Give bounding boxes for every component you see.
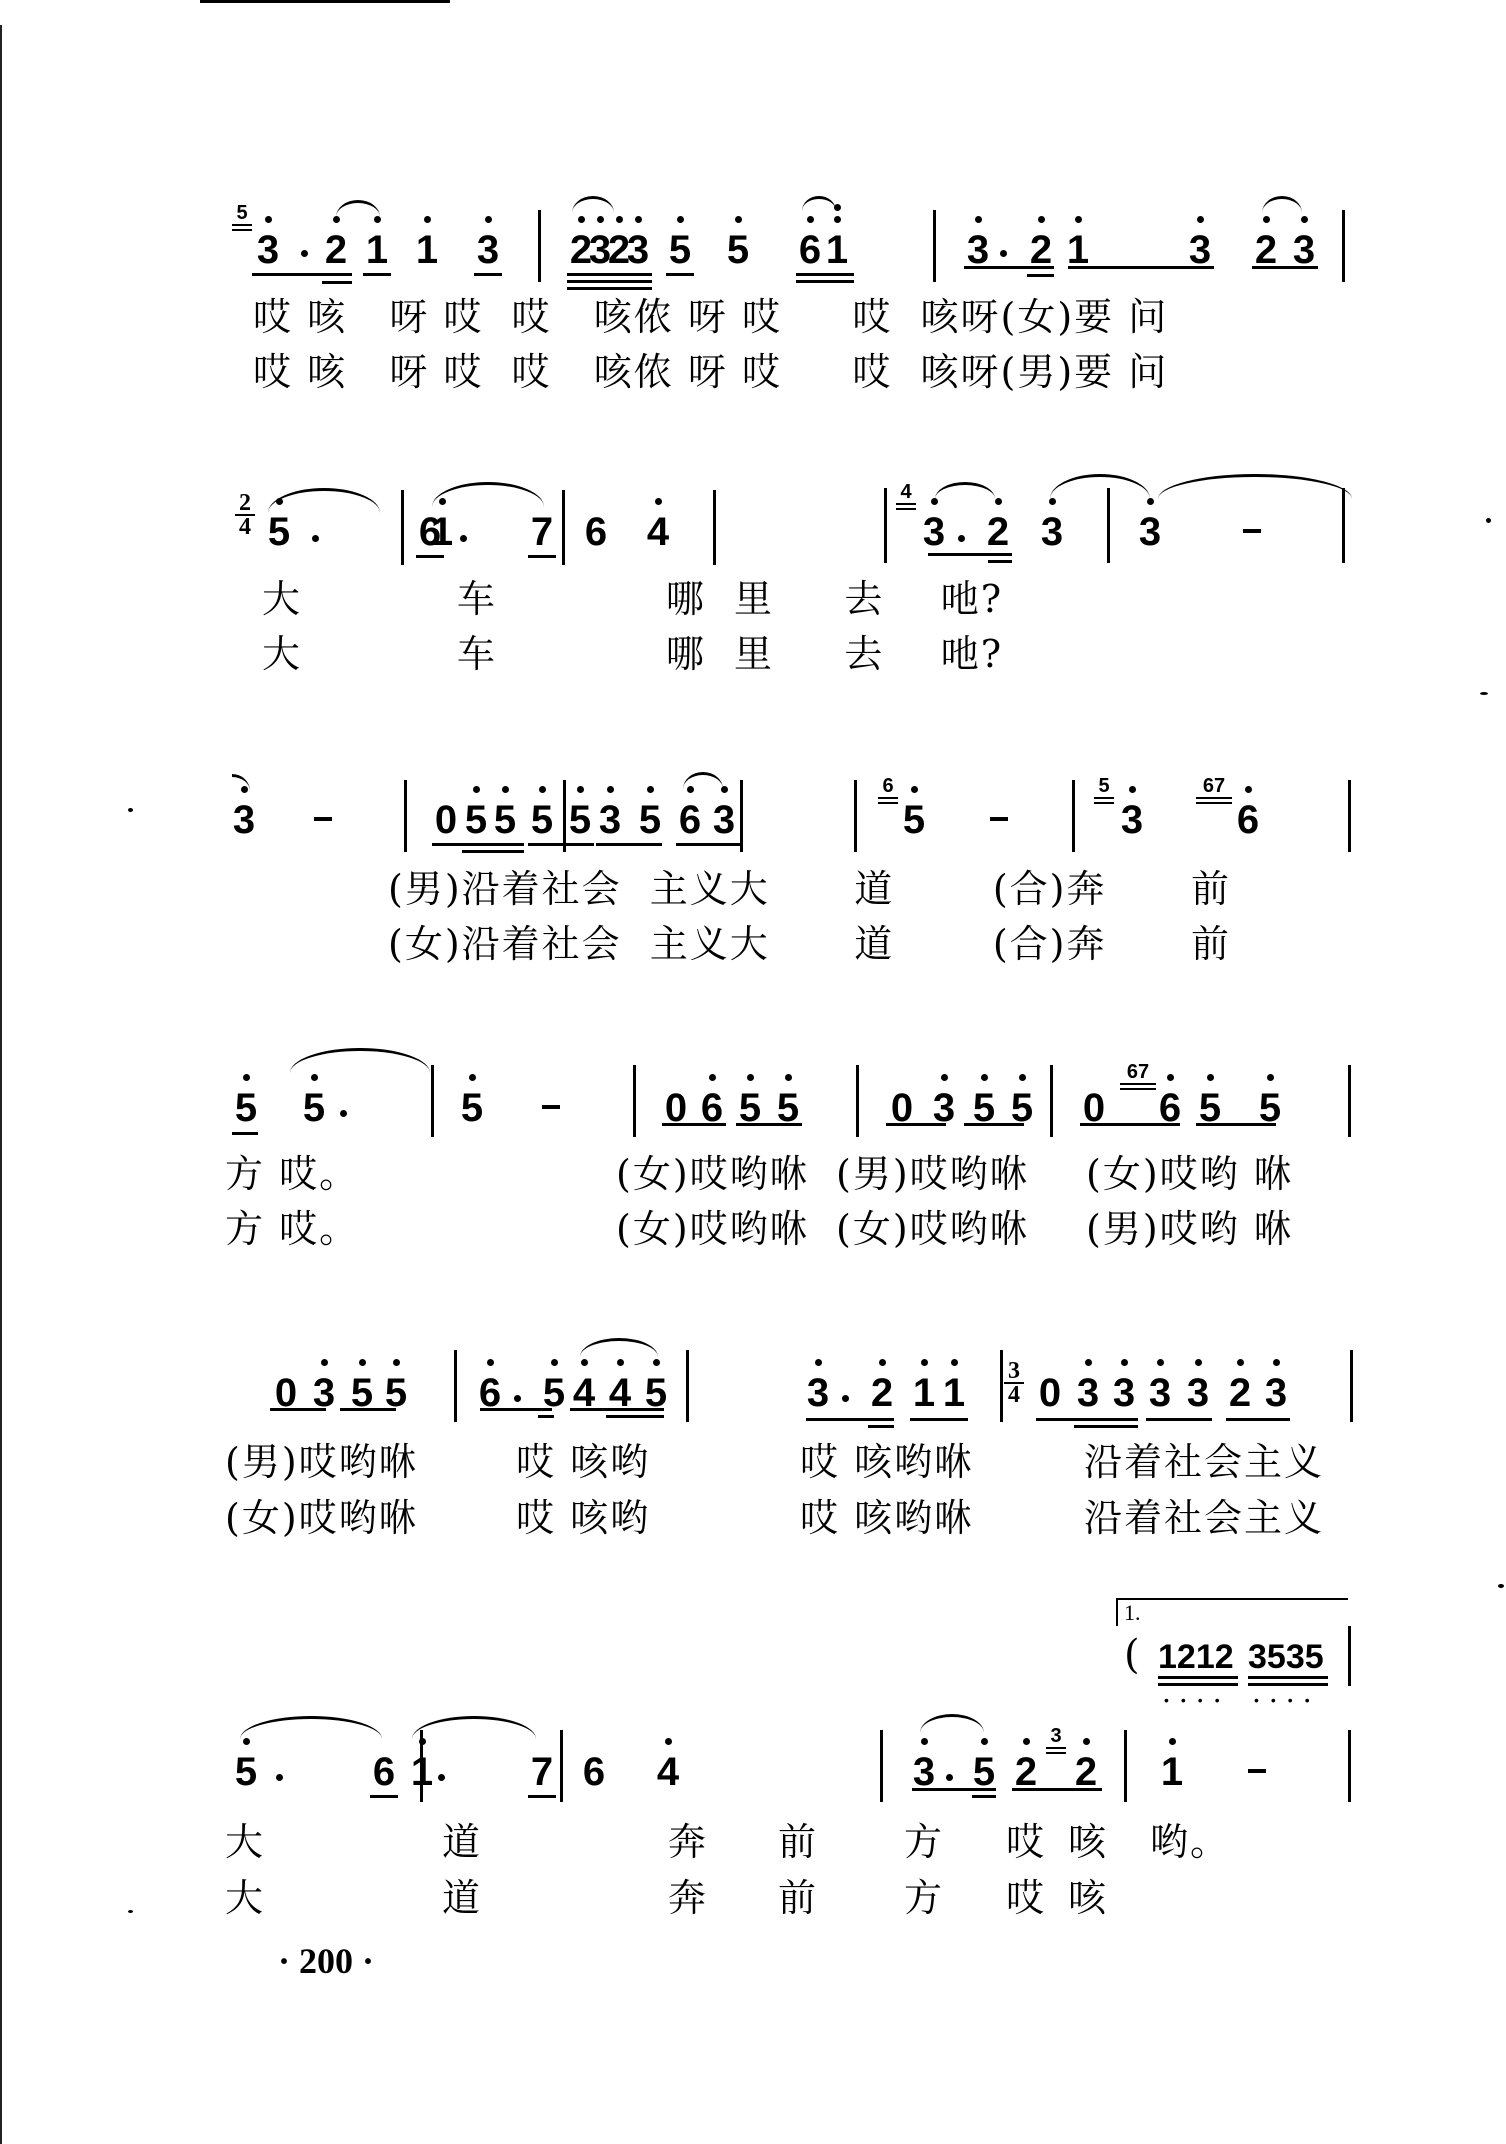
lyric-char: 哟。: [1150, 1820, 1230, 1864]
tie: [683, 772, 723, 789]
grace-note: 6: [878, 776, 898, 804]
lyric-part: (男)哎哟 咻: [1086, 1207, 1294, 1251]
note: 6: [476, 1373, 504, 1413]
beam: [912, 1788, 996, 1791]
volta-notes-3535: 3535: [1248, 1638, 1324, 1677]
note: 1: [940, 1373, 968, 1413]
beam: [1012, 1788, 1102, 1791]
lyric-char: 哎: [1006, 1876, 1046, 1920]
note: 0: [888, 1088, 916, 1128]
lyric-line-female: 哎 咳 呀 哎 哎 咳侬 呀 哎 哎 咳呀(女)要 问: [253, 295, 1168, 339]
barline: [740, 780, 743, 852]
barline: [1350, 1350, 1353, 1422]
note: 1: [363, 230, 391, 270]
beam: [1036, 1418, 1138, 1421]
beam: [796, 280, 854, 283]
lyric-char: 方: [904, 1820, 944, 1864]
beam: [252, 273, 352, 276]
lyric-char: 大: [225, 1876, 265, 1920]
lyric-char: 前: [778, 1820, 818, 1864]
note: 4: [644, 512, 672, 552]
beam: [662, 1123, 726, 1126]
note: 1: [413, 230, 441, 270]
margin-speck: [1498, 1584, 1504, 1588]
note: 3: [710, 800, 738, 840]
note: 0: [272, 1373, 300, 1413]
lyric-line-2: (女)沿着社会 主义大 道 (合)奔 前: [388, 922, 1231, 966]
note: 5: [666, 230, 694, 270]
note: 3: [1262, 1373, 1290, 1413]
barline: [1348, 780, 1351, 852]
low-octave-dots: ••••: [1254, 1692, 1322, 1708]
lyric-char: 道: [442, 1820, 482, 1864]
beam: [1226, 1418, 1290, 1421]
note: 3: [1186, 230, 1214, 270]
note: 3: [910, 1752, 938, 1792]
tie: [1262, 196, 1302, 213]
lyric-char: 哎: [1006, 1820, 1046, 1864]
note: 5: [724, 230, 752, 270]
sustain-dash: [1243, 529, 1261, 533]
note: 5: [970, 1088, 998, 1128]
beam: [528, 555, 556, 558]
beam: [538, 1415, 554, 1418]
note: 6: [370, 1752, 398, 1792]
note: 2: [1252, 230, 1280, 270]
note: 5: [528, 800, 556, 840]
augmentation-dot: [312, 535, 319, 542]
lyric-line-male: 哎 咳 呀 哎 哎 咳侬 呀 哎 哎 咳呀(男)要 问: [253, 350, 1168, 394]
beam: [1080, 1123, 1180, 1126]
beam: [796, 273, 854, 276]
margin-speck: [128, 808, 133, 812]
note: 7: [528, 1752, 556, 1792]
barline: [1348, 1730, 1351, 1802]
beam: [1158, 1683, 1238, 1686]
low-octave-dots: ••••: [1164, 1692, 1232, 1708]
note: 1: [823, 230, 851, 270]
note: 4: [606, 1373, 634, 1413]
beam: [432, 843, 524, 846]
note: 6: [1234, 800, 1262, 840]
barline: [884, 488, 887, 563]
augmentation-dot: [946, 1774, 953, 1781]
tie: [1158, 474, 1352, 499]
barline: [454, 1350, 457, 1422]
top-rule: [200, 0, 450, 3]
sustain-dash: [1248, 1769, 1266, 1773]
note: 5: [642, 1373, 670, 1413]
lyric-char: 道: [442, 1876, 482, 1920]
beam: [606, 1415, 664, 1418]
barline: [538, 210, 541, 282]
note: 5: [491, 800, 519, 840]
margin-speck: [128, 1910, 133, 1913]
beam: [1252, 266, 1318, 269]
slur: [572, 196, 614, 213]
tie: [920, 1714, 984, 1733]
beam: [480, 1408, 552, 1411]
barline: [686, 1350, 689, 1422]
beam: [462, 850, 524, 853]
barline: [563, 780, 566, 852]
note: 0: [1036, 1373, 1064, 1413]
slur: [432, 482, 544, 507]
lyric-line-1: 方 哎。: [225, 1152, 359, 1196]
barline: [1348, 1626, 1351, 1686]
augmentation-dot: [340, 1110, 347, 1117]
note: 6: [698, 1088, 726, 1128]
note: 3: [254, 230, 282, 270]
tie: [336, 200, 380, 217]
note: 5: [774, 1088, 802, 1128]
note: 2: [1226, 1373, 1254, 1413]
note: 5: [970, 1752, 998, 1792]
note: 2: [1027, 230, 1055, 270]
sustain-dash: [542, 1105, 560, 1109]
note: 3: [1146, 1373, 1174, 1413]
note: 1: [1158, 1752, 1186, 1792]
margin-speck: [1486, 518, 1491, 523]
barline: [1107, 488, 1110, 563]
barline: [933, 210, 936, 282]
open-paren: (: [1124, 1632, 1140, 1678]
note: 5: [232, 1088, 260, 1128]
grace-note: 5: [232, 203, 252, 231]
grace-note: 67: [1196, 776, 1232, 804]
beam: [567, 273, 652, 276]
note: 2: [322, 230, 350, 270]
beam: [528, 843, 594, 846]
note: 3: [1110, 1373, 1138, 1413]
lyric-char: 奔: [668, 1876, 708, 1920]
beam: [528, 1795, 556, 1798]
note: 4: [654, 1752, 682, 1792]
beam: [1146, 1418, 1212, 1421]
note: 3: [624, 230, 652, 270]
lyric-part: 哎 咳哟: [516, 1496, 650, 1540]
lyric-line-2: 方 哎。: [225, 1207, 359, 1251]
note: 1: [1064, 230, 1092, 270]
note: 5: [540, 1373, 568, 1413]
lyric-part: 哎 咳哟咻: [800, 1496, 974, 1540]
lyric-line-1: 大 车 哪 里 去 吔?: [262, 577, 1003, 621]
note: 4: [570, 1373, 598, 1413]
barline: [560, 1730, 563, 1802]
beam: [570, 1408, 664, 1411]
beam: [676, 843, 740, 846]
beam: [1196, 1123, 1276, 1126]
augmentation-dot: [842, 1395, 849, 1402]
beam: [868, 1425, 894, 1428]
beam: [474, 273, 502, 276]
barline: [1000, 1350, 1003, 1422]
lyric-part: 沿着社会主义: [1084, 1440, 1324, 1484]
volta-line: [1116, 1598, 1348, 1600]
barline: [1124, 1730, 1127, 1802]
page-left-edge: [0, 25, 2, 2144]
page-number: · 200 ·: [278, 1940, 374, 1982]
volta-label: 1.: [1124, 1600, 1141, 1626]
note: 3: [930, 1088, 958, 1128]
beam: [322, 281, 352, 284]
note: 0: [662, 1088, 690, 1128]
barline: [404, 780, 407, 852]
note: 3: [1290, 230, 1318, 270]
barline: [856, 1065, 859, 1137]
time-signature: 24: [235, 492, 255, 538]
beam: [270, 1408, 326, 1411]
augmentation-dot: [301, 250, 308, 257]
note: 5: [636, 800, 664, 840]
augmentation-dot: [460, 535, 467, 542]
lyric-char: 前: [778, 1876, 818, 1920]
lyric-part: (女)哎哟咻: [616, 1152, 810, 1196]
tie: [802, 196, 836, 211]
note: 3: [1074, 1373, 1102, 1413]
barline: [880, 1730, 883, 1802]
beam: [1248, 1676, 1328, 1679]
beam: [964, 1123, 1024, 1126]
slur: [268, 488, 380, 513]
barline: [854, 780, 857, 852]
lyric-line-1: (男)沿着社会 主义大 道 (合)奔 前: [388, 867, 1231, 911]
beam: [988, 560, 1012, 563]
barline: [1342, 488, 1345, 563]
slur: [412, 1716, 536, 1739]
beam: [370, 1795, 398, 1798]
beam: [1027, 274, 1054, 277]
note: 6: [582, 512, 610, 552]
beam: [886, 1123, 946, 1126]
note: 3: [1136, 512, 1164, 552]
note: 3: [596, 800, 624, 840]
slur: [240, 1716, 382, 1739]
lyric-char: 奔: [668, 1820, 708, 1864]
grace-note: 5: [1094, 776, 1114, 804]
slur: [580, 1338, 658, 1357]
sustain-dash: [990, 817, 1008, 821]
beam: [416, 555, 444, 558]
note: 2: [984, 512, 1012, 552]
augmentation-dot: [514, 1395, 521, 1402]
note: 3: [1118, 800, 1146, 840]
note: 2: [1072, 1752, 1100, 1792]
note: 5: [736, 1088, 764, 1128]
beam: [736, 1123, 802, 1126]
beam: [964, 266, 1054, 269]
slur: [290, 1048, 430, 1073]
note: 0: [432, 800, 460, 840]
barline: [401, 490, 404, 565]
augmentation-dot: [1000, 250, 1007, 257]
grace-note: 4: [896, 482, 916, 510]
barline: [713, 490, 716, 565]
note: 5: [1196, 1088, 1224, 1128]
grace-note: 3: [1046, 1726, 1066, 1754]
barline: [1050, 1065, 1053, 1137]
volta-hook: [1116, 1598, 1118, 1626]
note: 5: [1256, 1088, 1284, 1128]
note: 5: [1008, 1088, 1036, 1128]
barline: [633, 1065, 636, 1137]
sustain-dash: [314, 817, 332, 821]
beam: [596, 843, 662, 846]
note: 3: [1184, 1373, 1212, 1413]
beam: [1158, 1676, 1238, 1679]
augmentation-dot: [276, 1774, 283, 1781]
note: 7: [528, 512, 556, 552]
beam: [567, 280, 652, 283]
lyric-char: 咳: [1068, 1876, 1108, 1920]
volta-notes-1212: 1212: [1158, 1638, 1234, 1677]
note: 5: [265, 512, 293, 552]
note: 3: [230, 800, 258, 840]
note: 1: [910, 1373, 938, 1413]
tie: [1050, 474, 1150, 499]
note: 6: [796, 230, 824, 270]
beam: [232, 1132, 258, 1135]
lyric-char: 咳: [1068, 1820, 1108, 1864]
lyric-part: 哎 咳哟咻: [800, 1440, 974, 1484]
note: 5: [300, 1088, 328, 1128]
note: 3: [920, 512, 948, 552]
note: 3: [964, 230, 992, 270]
note: 5: [232, 1752, 260, 1792]
beam: [928, 553, 1012, 556]
lyric-part: (女)哎哟 咻: [1086, 1152, 1294, 1196]
barline: [1342, 210, 1345, 282]
note: 5: [566, 800, 594, 840]
augmentation-dot: [958, 535, 965, 542]
note: 6: [1156, 1088, 1184, 1128]
lyric-part: 沿着社会主义: [1084, 1496, 1324, 1540]
note: 3: [804, 1373, 832, 1413]
beam: [340, 1408, 396, 1411]
note: 3: [474, 230, 502, 270]
beam: [1068, 266, 1214, 269]
beam: [1248, 1683, 1328, 1686]
note: 5: [900, 800, 928, 840]
note: 1: [408, 1752, 436, 1792]
barline: [562, 490, 565, 565]
note: 6: [580, 1752, 608, 1792]
lyric-char: 大: [225, 1820, 265, 1864]
tie: [935, 482, 995, 499]
augmentation-dot: [438, 1774, 445, 1781]
note: 2: [1012, 1752, 1040, 1792]
barline: [1348, 1065, 1351, 1137]
note: 2: [868, 1373, 896, 1413]
lyric-part: (女)哎哟咻: [616, 1207, 810, 1251]
lyric-part: (男)哎哟咻: [836, 1152, 1030, 1196]
barline: [431, 1065, 434, 1137]
lyric-part: 哎 咳哟: [516, 1440, 650, 1484]
beam: [910, 1418, 968, 1421]
beam: [666, 273, 694, 276]
note: 3: [310, 1373, 338, 1413]
lyric-part: (女)哎哟咻: [836, 1207, 1030, 1251]
note: 6: [676, 800, 704, 840]
beam: [363, 273, 391, 276]
lyric-part: (男)哎哟咻: [225, 1440, 419, 1484]
lyric-char: 方: [904, 1876, 944, 1920]
note: 5: [348, 1373, 376, 1413]
barline: [1072, 780, 1075, 852]
beam: [1074, 1425, 1138, 1428]
note: 0: [1080, 1088, 1108, 1128]
lyric-line-2: 大 车 哪 里 去 吔?: [262, 632, 1003, 676]
beam: [567, 287, 652, 290]
lyric-part: (女)哎哟咻: [225, 1496, 419, 1540]
note: 1: [428, 512, 456, 552]
time-signature: 34: [1004, 1360, 1024, 1406]
margin-speck: [1480, 692, 1488, 695]
note: 5: [382, 1373, 410, 1413]
note: 5: [458, 1088, 486, 1128]
beam: [972, 1795, 996, 1798]
beam: [806, 1418, 894, 1421]
note: 5: [462, 800, 490, 840]
grace-note: 67: [1120, 1062, 1156, 1090]
note: 3: [1038, 512, 1066, 552]
